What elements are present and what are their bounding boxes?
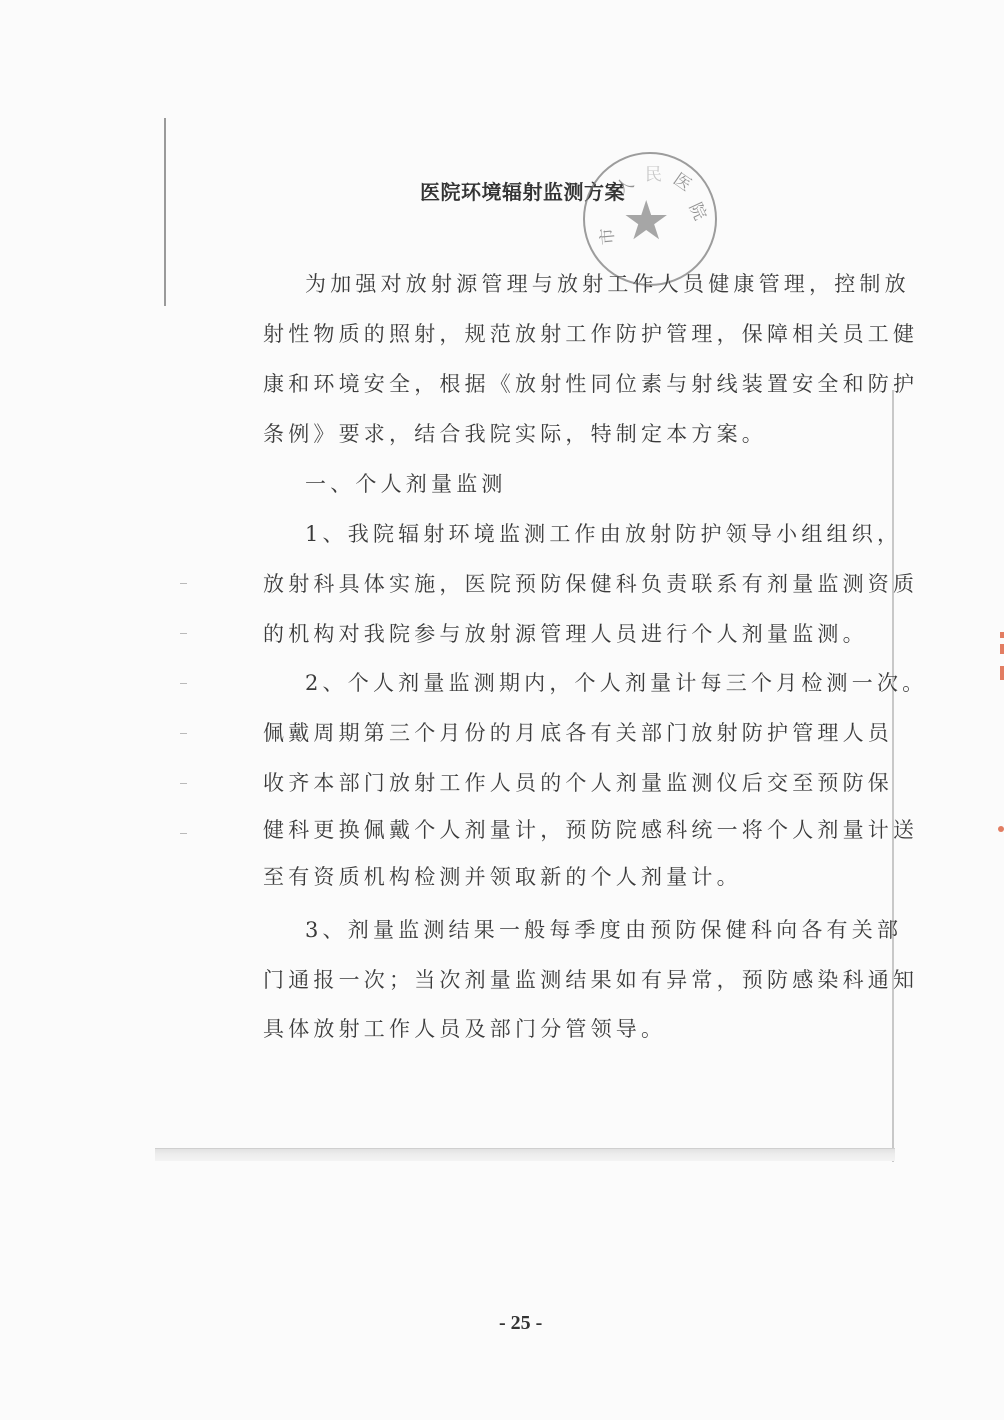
- margin-tick: [180, 633, 187, 634]
- seal-char: 医: [669, 165, 697, 195]
- margin-tick: [180, 783, 187, 784]
- red-edge-mark: [1000, 632, 1004, 638]
- item-3-line: 门通报一次；当次剂量监测结果如有异常，预防感染科通知: [263, 964, 918, 994]
- scan-border-bottom: [155, 1148, 895, 1161]
- official-seal: ★ 市 人 民 医 院: [583, 152, 717, 286]
- item-2-line: 至有资质机构检测并领取新的个人剂量计。: [263, 861, 742, 891]
- intro-line: 康和环境安全，根据《放射性同位素与射线装置安全和防护: [263, 368, 918, 398]
- seal-char: 市: [592, 227, 618, 246]
- seal-char: 民: [645, 160, 662, 185]
- item-2-line: 健科更换佩戴个人剂量计，预防院感科统一将个人剂量计送: [263, 814, 918, 844]
- item-1-line: 1、我院辐射环境监测工作由放射防护领导小组组织，: [305, 518, 902, 548]
- intro-line: 条例》要求，结合我院实际，特制定本方案。: [263, 418, 767, 448]
- section-heading: 一、个人剂量监测: [305, 468, 507, 498]
- item-1-line: 放射科具体实施，医院预防保健科负责联系有剂量监测资质: [263, 568, 918, 598]
- item-3-line: 具体放射工作人员及部门分管领导。: [263, 1013, 666, 1043]
- margin-tick: [180, 683, 187, 684]
- intro-line: 射性物质的照射，规范放射工作防护管理，保障相关员工健: [263, 318, 918, 348]
- red-edge-mark: [998, 826, 1004, 832]
- star-icon: ★: [622, 194, 670, 248]
- intro-line: 为加强对放射源管理与放射工作人员健康管理，控制放: [305, 268, 910, 298]
- red-edge-mark: [1000, 644, 1004, 654]
- item-3-line: 3、剂量监测结果一般每季度由预防保健科向各有关部: [305, 914, 902, 944]
- red-edge-mark: [1000, 666, 1004, 680]
- item-2-line: 收齐本部门放射工作人员的个人剂量监测仪后交至预防保: [263, 767, 893, 797]
- page-number: - 25 -: [499, 1312, 542, 1335]
- scan-border-left: [164, 118, 166, 306]
- margin-tick: [180, 583, 187, 584]
- seal-char: 院: [685, 198, 715, 224]
- item-2-line: 佩戴周期第三个月份的月底各有关部门放射防护管理人员: [263, 717, 893, 747]
- margin-tick: [180, 833, 187, 834]
- item-2-line: 2、个人剂量监测期内，个人剂量计每三个月检测一次。: [305, 667, 927, 697]
- margin-tick: [180, 733, 187, 734]
- item-1-line: 的机构对我院参与放射源管理人员进行个人剂量监测。: [263, 618, 868, 648]
